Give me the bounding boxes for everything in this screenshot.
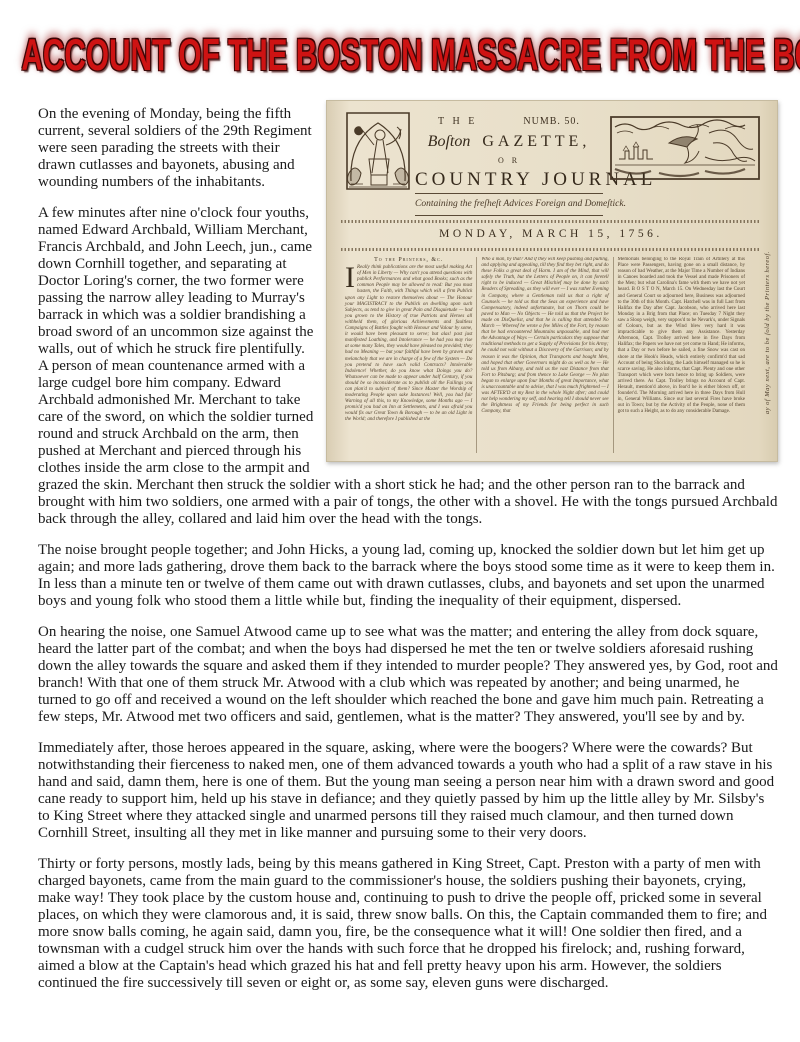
column-2-text: Who a man, by that? And if they will kee… xyxy=(481,257,608,414)
document-page: ACCOUNT OF THE BOSTON MASSACRE FROM THE … xyxy=(0,0,800,1042)
newspaper-page: T H E NUMB. 50. Boſton GAZETTE, O R COUN… xyxy=(327,101,777,459)
masthead-or: O R xyxy=(415,152,603,169)
masthead-motto: Containing the freſheſt Advices Foreign … xyxy=(415,193,603,216)
newspaper-column-3: Memorials belonging to the Royal Train o… xyxy=(613,257,749,453)
masthead-boston: Boſton xyxy=(428,133,471,150)
paragraph-4: On hearing the noise, one Samuel Atwood … xyxy=(38,624,778,726)
masthead-the: T H E xyxy=(438,113,477,130)
masthead-issue-number: NUMB. 50. xyxy=(523,113,580,130)
newspaper-column-1: To the Printers, &c. I Really think publ… xyxy=(341,257,476,453)
dove-woodcut-icon xyxy=(609,113,761,189)
article-body: T H E NUMB. 50. Boſton GAZETTE, O R COUN… xyxy=(38,106,778,992)
ornament-rule-bottom xyxy=(341,248,761,251)
newspaper-dateline: MONDAY, MARCH 15, 1756. xyxy=(341,223,761,244)
newspaper-text-columns: To the Printers, &c. I Really think publ… xyxy=(341,257,761,453)
paragraph-6: Thirty or forty persons, mostly lads, be… xyxy=(38,856,778,992)
newspaper-masthead: T H E NUMB. 50. Boſton GAZETTE, O R COUN… xyxy=(341,111,761,216)
drop-cap: I xyxy=(345,265,357,290)
masthead-gazette: GAZETTE, xyxy=(482,133,590,150)
masthead-titles: T H E NUMB. 50. Boſton GAZETTE, O R COUN… xyxy=(415,111,603,216)
paragraph-5: Immediately after, those heroes appeared… xyxy=(38,740,778,842)
newspaper-column-2: Who a man, by that? And if they will kee… xyxy=(476,257,612,453)
column-3-text: Memorials belonging to the Royal Train o… xyxy=(618,257,745,414)
boston-gazette-newspaper-image: T H E NUMB. 50. Boſton GAZETTE, O R COUN… xyxy=(326,100,778,462)
newspaper-side-note: ay of May next, are to be ſold by the Pr… xyxy=(759,251,776,414)
britannia-woodcut-icon xyxy=(341,111,415,195)
ornament-rule-top xyxy=(341,220,761,223)
column-1-text: Really think publications are the most u… xyxy=(345,265,472,422)
column-header: To the Printers, &c. xyxy=(345,257,472,263)
masthead-country-journal: COUNTRY JOURNAL xyxy=(415,171,603,188)
page-title: ACCOUNT OF THE BOSTON MASSACRE FROM THE … xyxy=(21,30,800,81)
title-banner: ACCOUNT OF THE BOSTON MASSACRE FROM THE … xyxy=(0,0,800,82)
paragraph-3: The noise brought people together; and J… xyxy=(38,542,778,610)
